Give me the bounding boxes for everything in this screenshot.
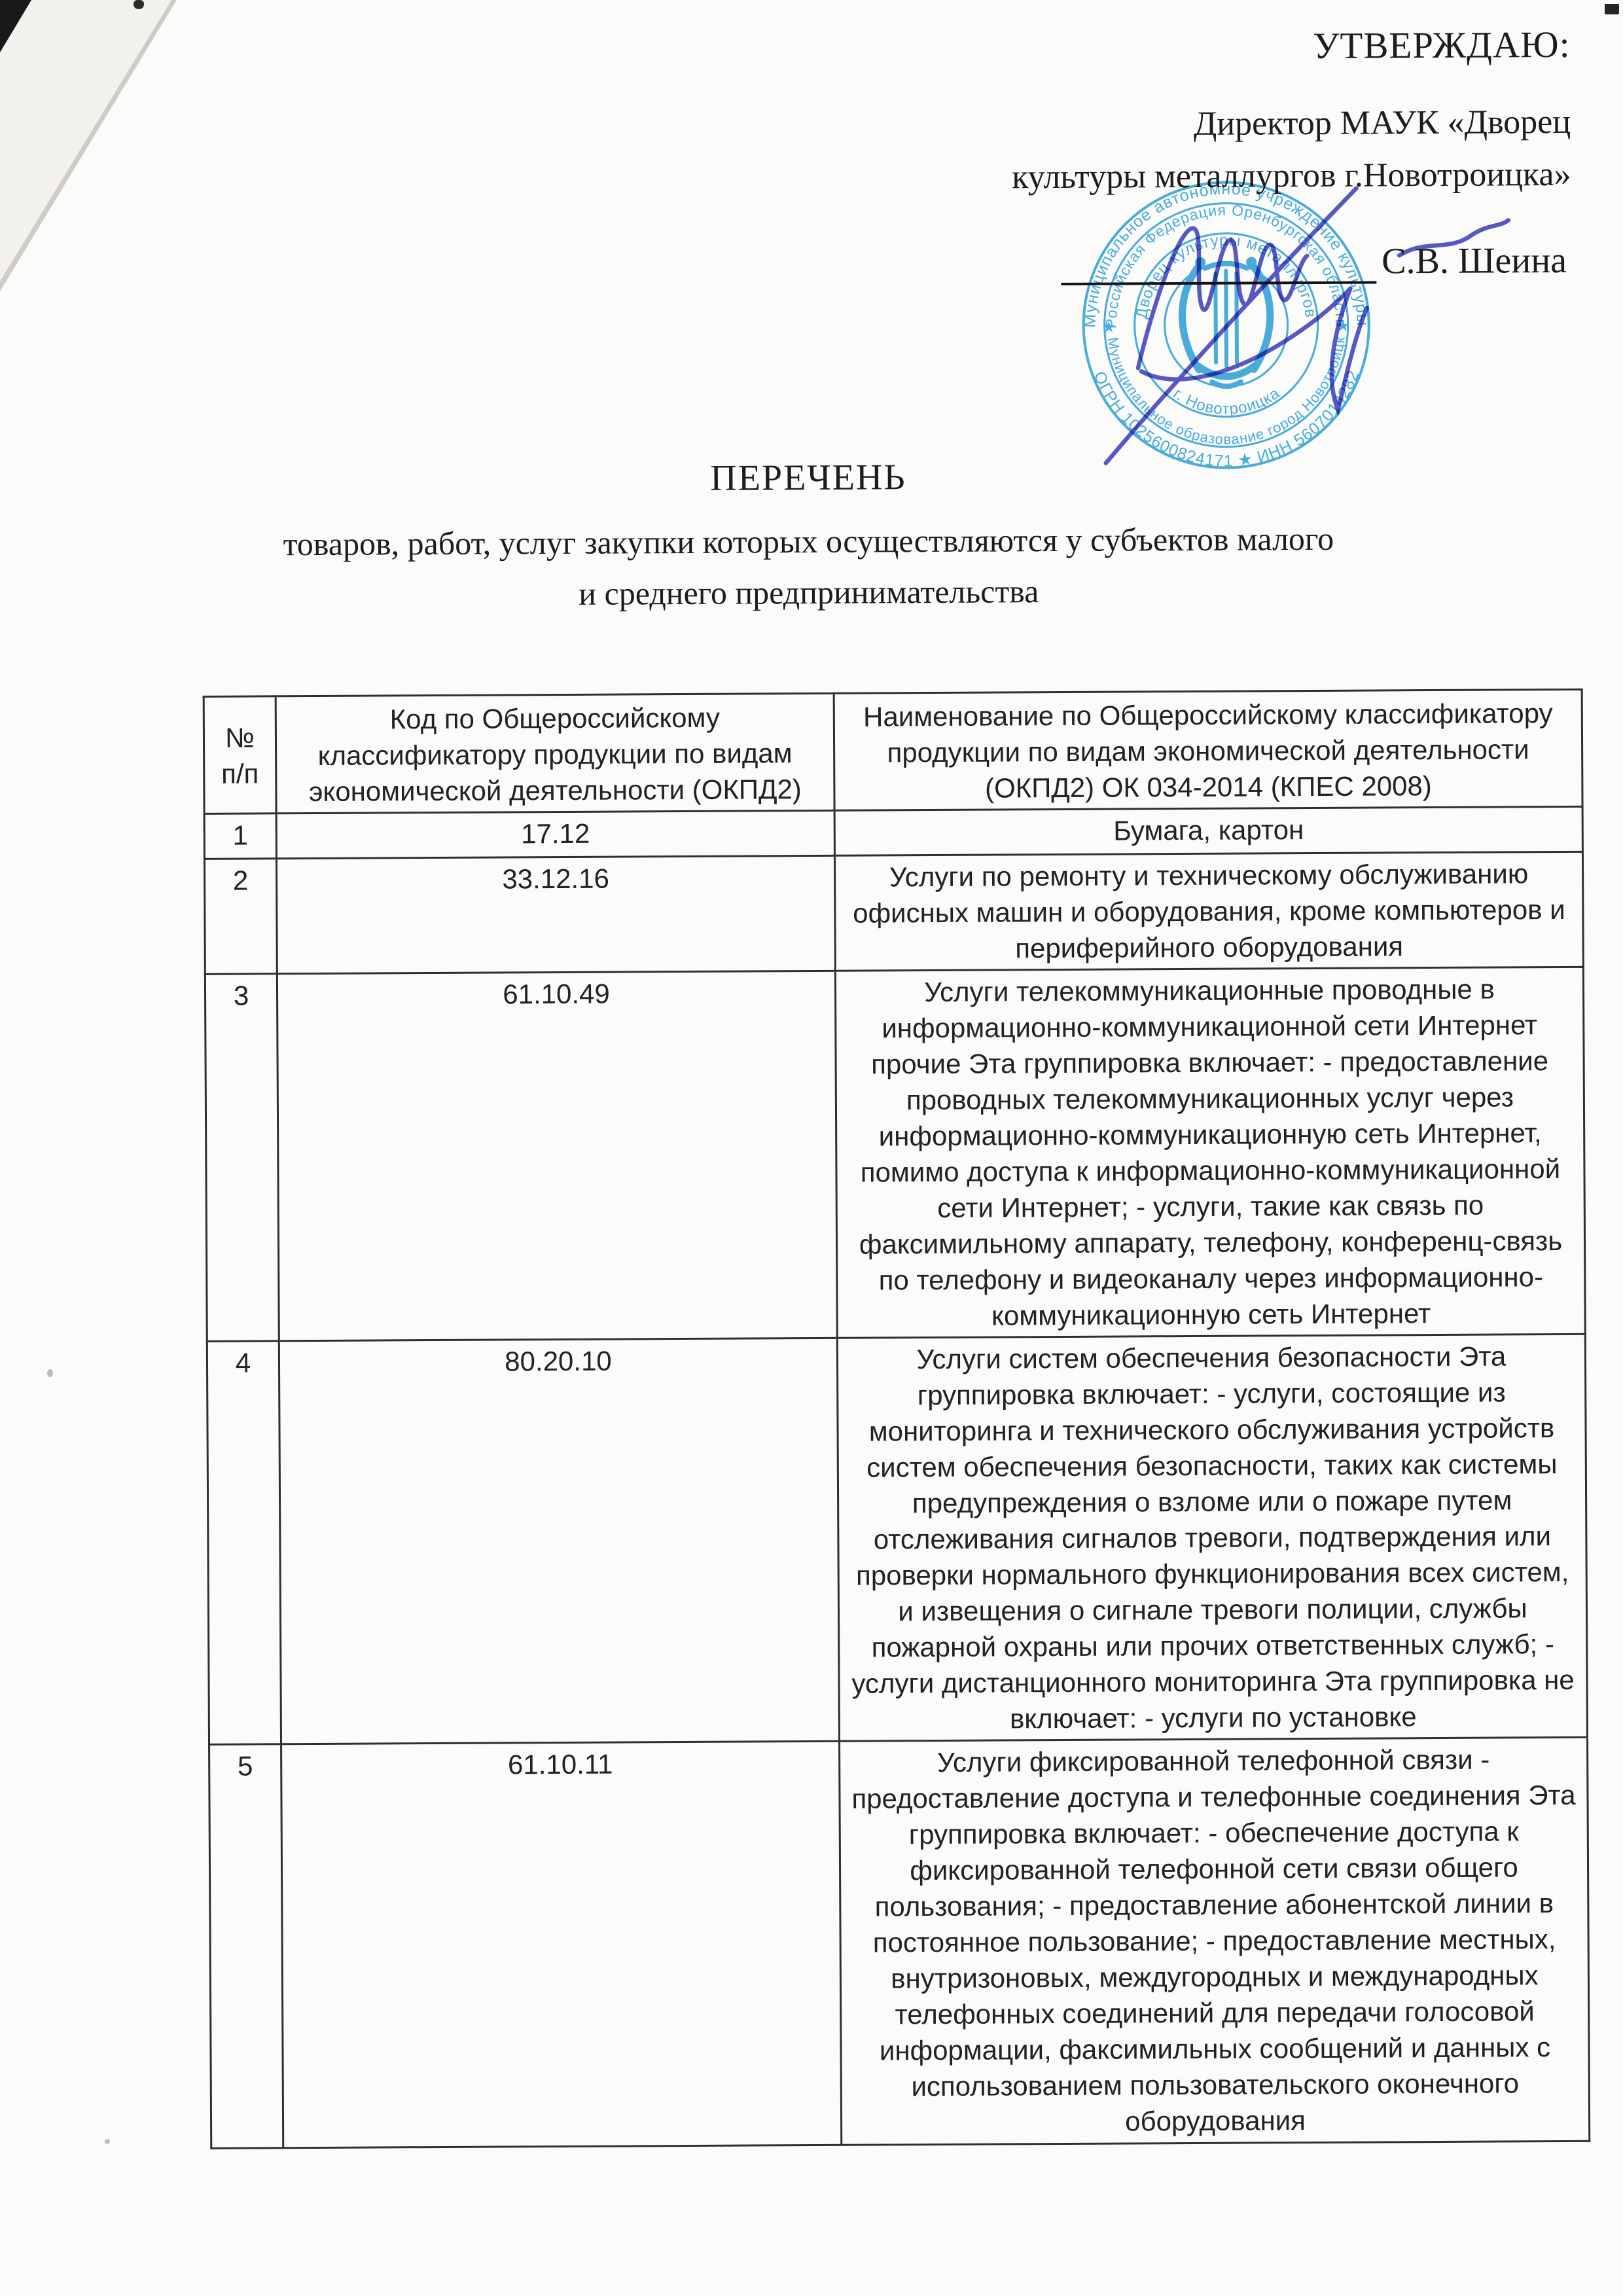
row-code: 61.10.11 bbox=[281, 1741, 842, 2147]
row-num: 4 bbox=[207, 1341, 281, 1745]
approve-label: УТВЕРЖДАЮ: bbox=[1011, 24, 1571, 69]
row-name: Услуги фиксированной телефонной связи - … bbox=[840, 1737, 1590, 2145]
scanned-document-page: УТВЕРЖДАЮ: Директор МАУК «Дворец культур… bbox=[0, 0, 1623, 2296]
table-row: 2 33.12.16 Услуги по ремонту и техническ… bbox=[204, 852, 1583, 974]
okpd-table: № п/п Код по Общероссийскому классификат… bbox=[203, 689, 1591, 2149]
col-header-name: Наименование по Общероссийскому классифи… bbox=[834, 689, 1582, 810]
table-header-row: № п/п Код по Общероссийскому классификат… bbox=[204, 689, 1582, 814]
row-num: 3 bbox=[205, 974, 279, 1342]
row-num: 5 bbox=[209, 1744, 283, 2149]
page-title: ПЕРЕЧЕНЬ bbox=[0, 453, 1620, 503]
table-row: 4 80.20.10 Услуги систем обеспечения без… bbox=[207, 1334, 1587, 1744]
signature-stroke bbox=[1105, 188, 1358, 463]
row-name: Услуги систем обеспечения безопасности Э… bbox=[837, 1334, 1587, 1741]
page-subtitle-line2: и среднего предпринимательства bbox=[0, 563, 1620, 622]
row-num: 2 bbox=[204, 859, 277, 975]
signatory-name: С.В. Шеина bbox=[1382, 240, 1567, 282]
row-name: Услуги по ремонту и техническому обслужи… bbox=[834, 852, 1583, 971]
document-title-block: ПЕРЕЧЕНЬ товаров, работ, услуг закупки к… bbox=[0, 453, 1620, 622]
page-subtitle-line1: товаров, работ, услуг закупки которых ос… bbox=[0, 512, 1620, 571]
signature-stroke bbox=[1141, 289, 1351, 380]
approver-line1: Директор МАУК «Дворец bbox=[1012, 96, 1571, 151]
document-sheet: УТВЕРЖДАЮ: Директор МАУК «Дворец культур… bbox=[0, 0, 1623, 2296]
signature-ink bbox=[1042, 147, 1528, 490]
table-row: 1 17.12 Бумага, картон bbox=[204, 806, 1582, 859]
row-code: 61.10.49 bbox=[277, 971, 837, 1340]
row-code: 17.12 bbox=[276, 810, 834, 858]
signature-stroke bbox=[1137, 228, 1308, 368]
row-name: Бумага, картон bbox=[834, 806, 1582, 855]
table-row: 3 61.10.49 Услуги телекоммуникационные п… bbox=[205, 967, 1585, 1341]
row-name: Услуги телекоммуникационные проводные в … bbox=[835, 967, 1585, 1338]
col-header-num: № п/п bbox=[204, 696, 276, 814]
col-header-code: Код по Общероссийскому классификатору пр… bbox=[276, 693, 834, 813]
table-row: 5 61.10.11 Услуги фиксированной телефонн… bbox=[209, 1737, 1590, 2148]
row-code: 33.12.16 bbox=[276, 855, 835, 973]
page-subtitle: товаров, работ, услуг закупки которых ос… bbox=[0, 512, 1620, 622]
row-code: 80.20.10 bbox=[279, 1338, 839, 1744]
row-num: 1 bbox=[204, 814, 276, 859]
signature-stroke bbox=[1331, 289, 1367, 410]
